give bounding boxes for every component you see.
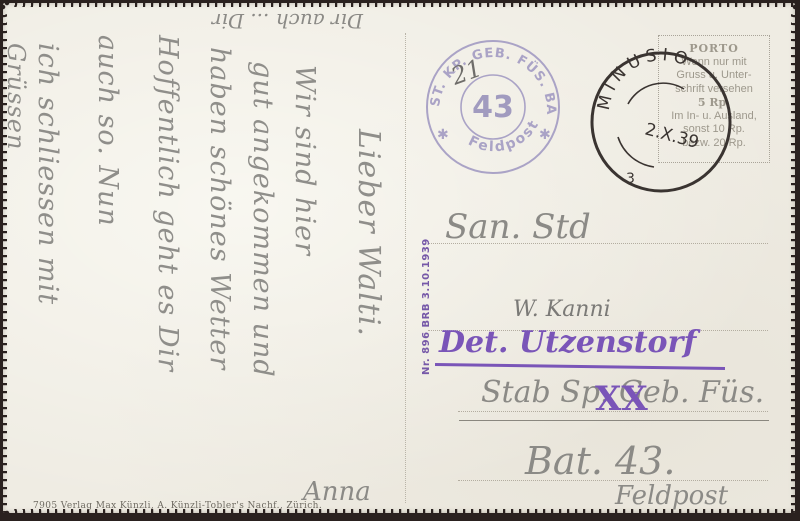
asterisk-icon: ✱ bbox=[437, 127, 449, 143]
vertical-date-stamp: Nr. 896 BRB 3.10.1939 bbox=[421, 238, 432, 375]
feldpost-unit-stamp: ST. KP. GEB. FÜS. BAT. Feldpost ✱ ✱ 43 2… bbox=[421, 41, 571, 171]
minusio-postmark: MINUSIO 2.X.39 3 bbox=[588, 49, 738, 199]
asterisk-icon: ✱ bbox=[539, 127, 551, 143]
address-underline bbox=[459, 420, 769, 421]
message-line: Grüssen bbox=[3, 43, 30, 150]
crossed-out-mark: XX bbox=[595, 379, 648, 419]
postcard: PORTO Wenn nur mit Gruss u. Unter- schri… bbox=[3, 3, 795, 513]
message-line: auch so. Nun bbox=[92, 35, 123, 227]
address-name-text: W. Kanni bbox=[513, 297, 611, 322]
message-line: Wir sind hier bbox=[289, 65, 320, 256]
message-line: ich schliessen mit bbox=[32, 43, 63, 305]
violet-underline bbox=[435, 363, 725, 370]
message-salutation: Lieber Walti. bbox=[351, 129, 386, 337]
address-line5-text: Bat. 43. bbox=[525, 439, 675, 483]
postmark-number: 3 bbox=[626, 171, 635, 187]
center-divider bbox=[405, 33, 406, 503]
message-line: gut angekommen und bbox=[247, 61, 278, 378]
deckle-edge-top bbox=[3, 3, 795, 7]
address-line6-text: Feldpost bbox=[615, 481, 728, 511]
stamp-center-number: 43 bbox=[472, 90, 514, 125]
postmark-date: 2.X.39 bbox=[643, 120, 701, 154]
deckle-edge-right bbox=[791, 3, 795, 513]
message-line: haben schönes Wetter bbox=[204, 47, 235, 370]
address-violet-text: Det. Utzenstorf bbox=[439, 325, 696, 360]
address-line1-text: San. Std bbox=[445, 207, 591, 247]
message-top-margin: Dir auch ... Dir bbox=[212, 9, 363, 33]
message-line: Hoffentlich geht es Dir bbox=[152, 35, 183, 372]
publisher-imprint: 7905 Verlag Max Künzli, A. Künzli-Tobler… bbox=[33, 501, 322, 511]
